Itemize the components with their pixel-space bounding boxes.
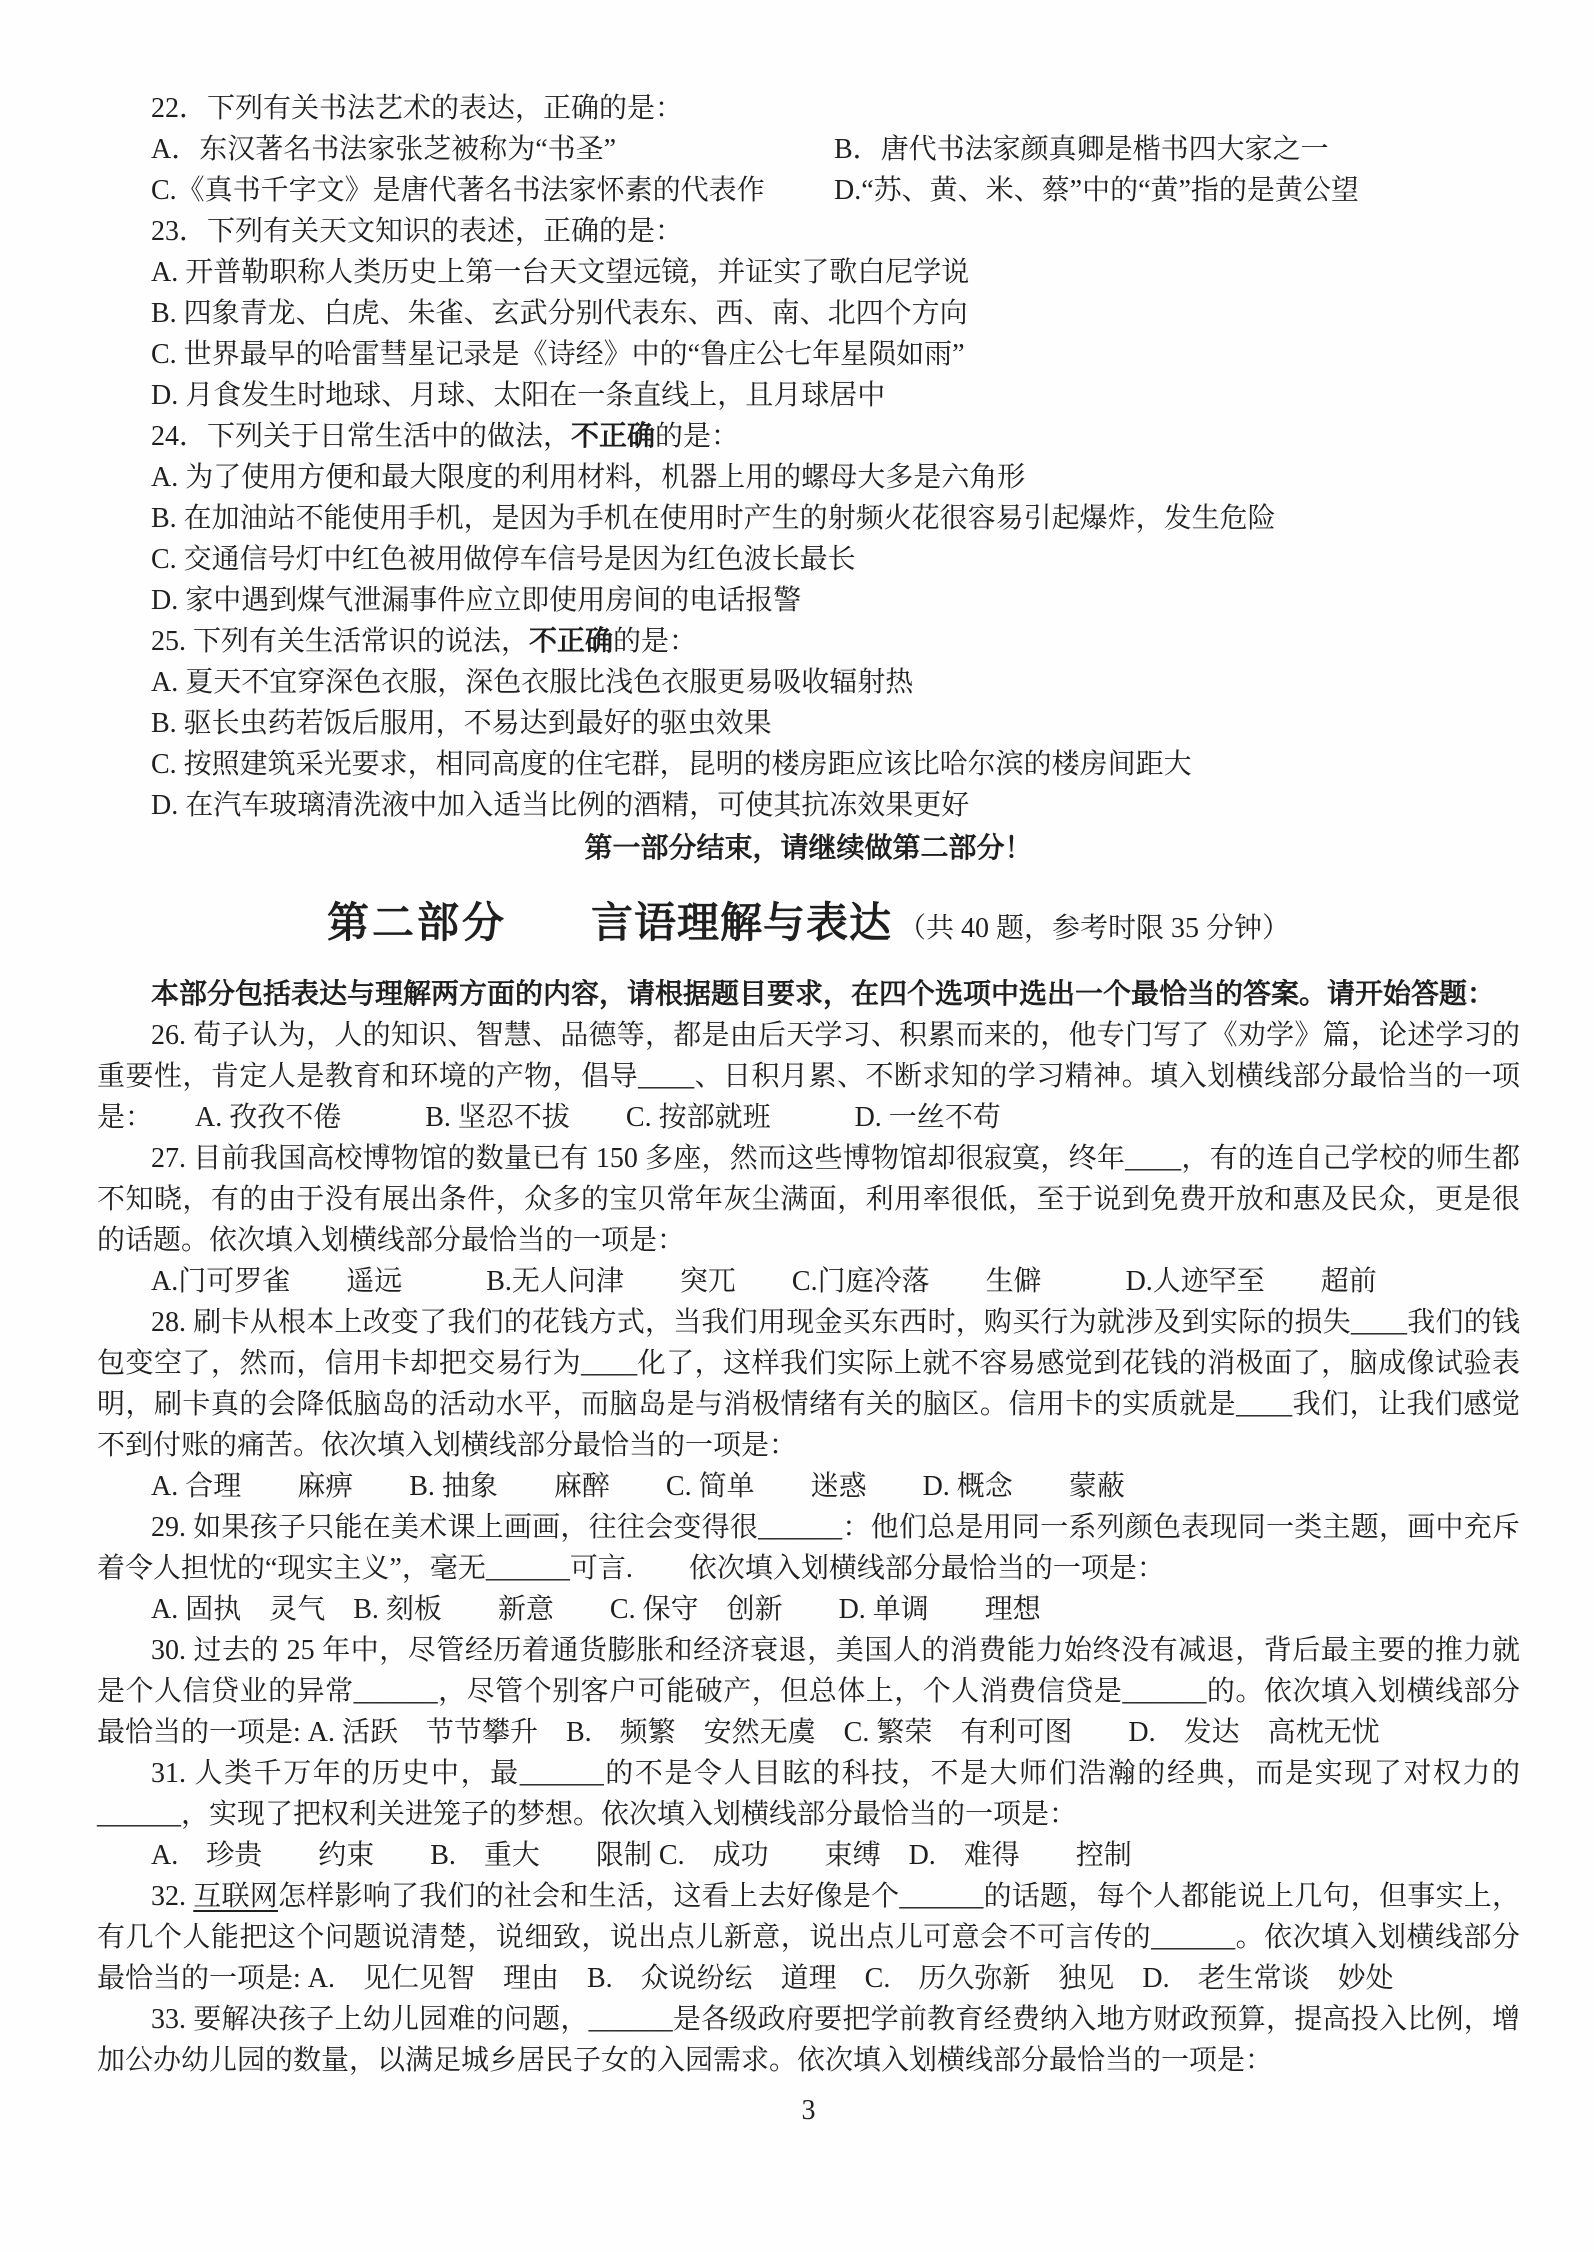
part2-title-number: 第二部分 <box>327 901 507 947</box>
question-24-option-a: A. 为了使用方便和最大限度的利用材料，机器上用的螺母大多是六角形 <box>97 457 1520 498</box>
question-29-text: 29. 如果孩子只能在美术课上画画，往往会变得很______：他们总是用同一系列… <box>97 1507 1520 1589</box>
question-25-stem-post: 的是： <box>613 626 697 657</box>
question-23-stem: 23．下列有关天文知识的表述，正确的是： <box>97 211 1520 252</box>
page-number: 3 <box>97 2090 1520 2131</box>
question-31-text: 31. 人类千万年的历史中，最______的不是令人目眩的科技，不是大师们浩瀚的… <box>97 1753 1520 1835</box>
question-28-text: 28. 刷卡从根本上改变了我们的花钱方式，当我们用现金买东西时，购买行为就涉及到… <box>97 1302 1520 1466</box>
question-24-option-b: B. 在加油站不能使用手机，是因为手机在使用时产生的射频火花很容易引起爆炸，发生… <box>97 498 1520 539</box>
question-24-stem: 24．下列关于日常生活中的做法，不正确的是： <box>97 416 1520 457</box>
part2-intro: 本部分包括表达与理解两方面的内容，请根据题目要求，在四个选项中选出一个最恰当的答… <box>97 974 1520 1015</box>
part2-title: 第二部分言语理解与表达（共 40 题，参考时限 35 分钟） <box>97 893 1520 960</box>
question-31-options: A. 珍贵 约束 B. 重大 限制 C. 成功 束缚 D. 难得 控制 <box>97 1835 1520 1876</box>
question-25-stem-pre: 25. 下列有关生活常识的说法， <box>151 626 529 657</box>
exam-page: 22．下列有关书法艺术的表达，正确的是： A．东汉著名书法家张芝被称为“书圣” … <box>0 0 1594 2252</box>
question-32-underlined-term: 互联网 <box>193 1881 278 1912</box>
question-25-option-c: C. 按照建筑采光要求，相同高度的住宅群，昆明的楼房距应该比哈尔滨的楼房间距大 <box>97 744 1520 785</box>
question-22-options-row-1: A．东汉著名书法家张芝被称为“书圣” B．唐代书法家颜真卿是楷书四大家之一 <box>97 129 1520 170</box>
question-23-option-c: C. 世界最早的哈雷彗星记录是《诗经》中的“鲁庄公七年星陨如雨” <box>97 334 1520 375</box>
question-32-post: 怎样影响了我们的社会和生活，这看上去好像是个______的话题，每个人都能说上几… <box>97 1881 1520 1994</box>
question-33: 33. 要解决孩子上幼儿园难的问题，______是各级政府要把学前教育经费纳入地… <box>97 1999 1520 2081</box>
question-29-options: A. 固执 灵气 B. 刻板 新意 C. 保守 创新 D. 单调 理想 <box>97 1589 1520 1630</box>
question-22-option-a: A．东汉著名书法家张芝被称为“书圣” <box>151 129 834 170</box>
question-24-stem-emphasis: 不正确 <box>571 421 655 452</box>
question-32: 32. 互联网怎样影响了我们的社会和生活，这看上去好像是个______的话题，每… <box>97 1876 1520 1999</box>
question-22-option-b: B．唐代书法家颜真卿是楷书四大家之一 <box>834 129 1520 170</box>
question-24-option-c: C. 交通信号灯中红色被用做停车信号是因为红色波长最长 <box>97 539 1520 580</box>
question-23-option-d: D. 月食发生时地球、月球、太阳在一条直线上，且月球居中 <box>97 375 1520 416</box>
question-22-option-d: D.“苏、黄、米、蔡”中的“黄”指的是黄公望 <box>834 170 1520 211</box>
question-25-stem-emphasis: 不正确 <box>529 626 613 657</box>
question-25-stem: 25. 下列有关生活常识的说法，不正确的是： <box>97 621 1520 662</box>
part2-title-note: （共 40 题，参考时限 35 分钟） <box>898 913 1290 944</box>
question-24-option-d: D. 家中遇到煤气泄漏事件应立即使用房间的电话报警 <box>97 580 1520 621</box>
question-25-option-d: D. 在汽车玻璃清洗液中加入适当比例的酒精，可使其抗冻效果更好 <box>97 785 1520 826</box>
question-25-option-b: B. 驱长虫药若饭后服用，不易达到最好的驱虫效果 <box>97 703 1520 744</box>
question-27-text: 27. 目前我国高校博物馆的数量已有 150 多座，然而这些博物馆却很寂寞，终年… <box>97 1138 1520 1261</box>
question-23-option-a: A. 开普勒职称人类历史上第一台天文望远镜，并证实了歌白尼学说 <box>97 252 1520 293</box>
question-23-option-b: B. 四象青龙、白虎、朱雀、玄武分别代表东、西、南、北四个方向 <box>97 293 1520 334</box>
question-22-option-c: C.《真书千字文》是唐代著名书法家怀素的代表作 <box>151 170 834 211</box>
question-28-options: A. 合理 麻痹 B. 抽象 麻醉 C. 简单 迷惑 D. 概念 蒙蔽 <box>97 1466 1520 1507</box>
question-26: 26. 荀子认为，人的知识、智慧、品德等，都是由后天学习、积累而来的，他专门写了… <box>97 1015 1520 1138</box>
question-25-option-a: A. 夏天不宜穿深色衣服，深色衣服比浅色衣服更易吸收辐射热 <box>97 662 1520 703</box>
part1-end-notice: 第一部分结束，请继续做第二部分！ <box>97 828 1520 869</box>
question-24-stem-post: 的是： <box>655 421 739 452</box>
question-32-pre: 32. <box>151 1881 193 1912</box>
question-22-stem: 22．下列有关书法艺术的表达，正确的是： <box>97 88 1520 129</box>
question-24-stem-pre: 24．下列关于日常生活中的做法， <box>151 421 571 452</box>
question-27-options: A.门可罗雀 遥远 B.无人问津 突兀 C.门庭冷落 生僻 D.人迹罕至 超前 <box>97 1261 1520 1302</box>
part2-title-name: 言语理解与表达 <box>591 901 892 947</box>
question-30: 30. 过去的 25 年中，尽管经历着通货膨胀和经济衰退，美国人的消费能力始终没… <box>97 1630 1520 1753</box>
question-22-options-row-2: C.《真书千字文》是唐代著名书法家怀素的代表作 D.“苏、黄、米、蔡”中的“黄”… <box>97 170 1520 211</box>
